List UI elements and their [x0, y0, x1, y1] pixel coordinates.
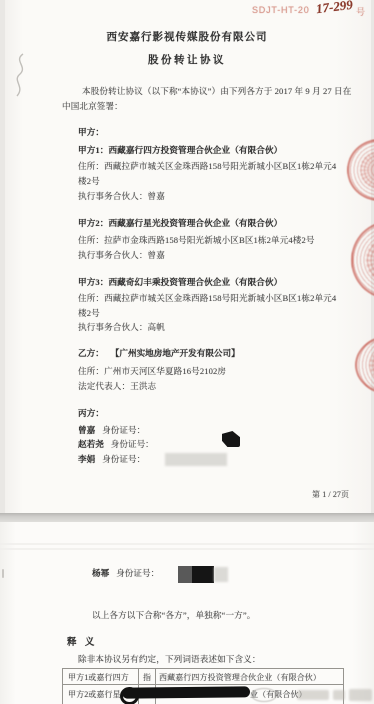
person-row-zhaoruoyao: 赵若尧 身份证号：	[78, 438, 154, 451]
party-a2-address: 住所：拉萨市金珠西路158号阳光新城小区B区1栋2单元4楼2号	[78, 234, 315, 247]
intro-line-2: 中国北京签署：	[62, 100, 123, 113]
redaction-dark-box	[178, 566, 192, 583]
definitions-intro: 除非本协议另有约定，下列词语表述如下含义：	[78, 653, 261, 666]
redaction-gray-box	[214, 567, 228, 582]
person-row-yangmi: 杨幂 身份证号：	[92, 567, 159, 580]
person-name: 赵若尧	[78, 438, 104, 451]
redaction-black-box	[192, 566, 214, 583]
party-a1-address-1: 住所：西藏拉萨市城关区金珠西路158号阳光新城小区B区1栋2单元4	[78, 160, 336, 173]
party-a2-name: 甲方2：西藏嘉行星光投资管理合伙企业（有限合伙）	[78, 217, 282, 230]
table-cell-term: 甲方2或嘉行星	[68, 688, 121, 701]
table-border	[62, 668, 63, 704]
agreement-title: 股份转让协议	[0, 54, 374, 67]
person-name: 曾嘉	[78, 424, 95, 437]
photo-seam	[0, 513, 374, 522]
photo-streak	[0, 548, 374, 550]
document-photo-screen: SDJT-HT-20 17-299 号 西安嘉行影视传媒股份有限公司 股份转让协…	[0, 0, 374, 704]
party-b-address: 住所：广州市天河区华夏路16号2102房	[78, 365, 226, 378]
page1-paper	[5, 0, 371, 513]
table-border	[62, 668, 343, 669]
person-id-label: 身份证号：	[116, 567, 159, 580]
party-a-label: 甲方：	[78, 126, 104, 139]
person-id-label: 身份证号：	[102, 453, 145, 466]
party-a3-address-1: 住所：西藏拉萨市城关区金珠西路158号阳光新城小区B区1栋2单元4	[78, 292, 336, 305]
watermark-blur	[333, 690, 345, 700]
party-a3-address-2: 楼2号	[78, 307, 100, 320]
person-name: 杨幂	[92, 567, 109, 580]
person-id-label: 身份证号：	[102, 424, 145, 437]
intro-line-1: 本股份转让协议（以下称“本协议”）由下列各方于 2017 年 9 月 27 日在	[82, 85, 351, 98]
party-a1-name: 甲方1：西藏嘉行四方投资管理合伙企业（有限合伙）	[78, 144, 282, 157]
party-b-row: 乙方： 【广州实地房地产开发有限公司】	[78, 347, 240, 360]
definitions-heading: 释 义	[67, 637, 97, 650]
contract-code-print: SDJT-HT-20	[252, 5, 310, 15]
photo-edge-mark	[2, 569, 4, 578]
table-cell-definition: 西藏嘉行四方投资管理合伙企业（有限合伙）	[159, 671, 321, 684]
party-b-name: 【广州实地房地产开发有限公司】	[111, 347, 240, 360]
company-title: 西安嘉行影视传媒股份有限公司	[0, 31, 374, 44]
person-name: 李娟	[78, 453, 95, 466]
gray-circle-mark	[251, 688, 277, 702]
table-cell-mid: 指	[143, 671, 151, 684]
watermark-blur	[349, 689, 372, 701]
party-b-representative: 法定代表人：王洪志	[78, 380, 156, 393]
table-border	[155, 668, 156, 704]
party-b-label: 乙方：	[78, 347, 104, 360]
table-border	[62, 684, 343, 685]
party-a3-name: 甲方3：西藏奇幻丰乘投资管理合伙企业（有限合伙）	[78, 276, 282, 289]
party-a2-partner: 执行事务合伙人：曾嘉	[78, 249, 165, 262]
party-a3-partner: 执行事务合伙人：高帆	[78, 321, 165, 334]
redaction-gray-box	[165, 453, 227, 466]
person-row-zengjia: 曾嘉 身份证号：	[78, 424, 145, 437]
person-row-lijuan: 李娟 身份证号：	[78, 453, 145, 466]
photo-streak	[0, 543, 374, 545]
collective-naming-line: 以上各方以下合称“各方”，单独称“一方”。	[92, 609, 255, 622]
party-c-label: 丙方：	[78, 407, 104, 420]
person-id-label: 身份证号：	[111, 438, 154, 451]
page-indicator: 第 1 / 27页	[312, 488, 349, 501]
party-a1-address-2: 楼2号	[78, 175, 100, 188]
redaction-marker-bar	[122, 686, 250, 698]
contract-code-suffix: 号	[356, 5, 366, 18]
table-cell-term: 甲方1或嘉行四方	[68, 671, 129, 684]
party-a1-partner: 执行事务合伙人：曾嘉	[78, 190, 165, 203]
watermark-blur	[297, 690, 329, 700]
